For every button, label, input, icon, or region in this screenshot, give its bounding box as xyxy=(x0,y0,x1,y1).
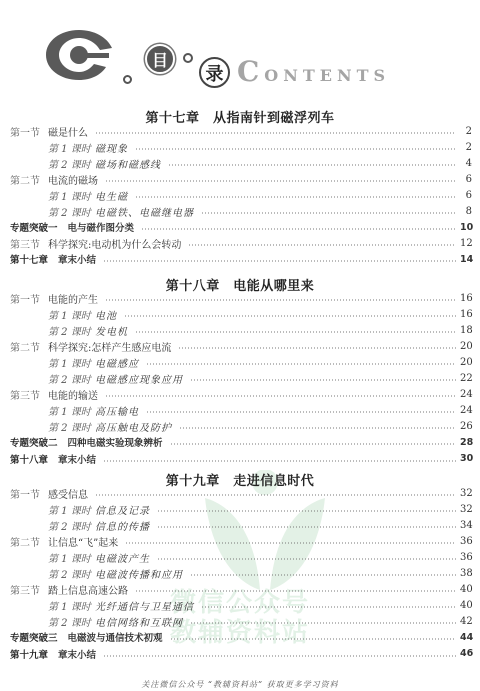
dot-leader xyxy=(188,244,456,246)
dot-leader xyxy=(135,148,456,150)
page-number: 44 xyxy=(460,632,472,643)
entry-label: 第 1 课时 xyxy=(48,140,95,155)
entry-label: 第 1 课时 xyxy=(48,550,95,565)
toc-entry-lesson[interactable]: 第 1 课时磁现象2 xyxy=(10,140,472,154)
entry-label: 第三节 xyxy=(10,387,48,402)
dot-leader xyxy=(157,510,456,512)
page-number: 16 xyxy=(460,309,472,320)
toc-entry-section[interactable]: 第二节科学探究:怎样产生感应电流20 xyxy=(10,339,472,353)
dot-leader xyxy=(170,443,456,445)
entry-label: 第十八章 xyxy=(10,452,48,466)
page-number: 40 xyxy=(460,600,472,611)
page-number: 32 xyxy=(460,504,472,515)
entry-title: 磁是什么 xyxy=(48,124,91,139)
page-number: 24 xyxy=(460,389,472,400)
entry-label: 第 2 课时 xyxy=(48,204,95,219)
dot-leader xyxy=(168,164,456,166)
entry-title: 四种电磁实验现象辨析 xyxy=(68,435,166,449)
dot-leader xyxy=(178,347,456,349)
contents-initial: C xyxy=(237,55,264,88)
entry-title: 电磁感应 xyxy=(95,355,142,370)
entry-label: 第三节 xyxy=(10,582,48,597)
toc-entry-lesson[interactable]: 第 2 课时电磁感应现象应用22 xyxy=(10,371,472,385)
toc-entry-section[interactable]: 第二节让信息“飞”起来36 xyxy=(10,534,472,548)
page-number: 36 xyxy=(460,552,472,563)
entry-title: 信息及记录 xyxy=(95,502,153,517)
page-number: 30 xyxy=(460,453,472,464)
toc-entry-lesson[interactable]: 第 2 课时高压触电及防护26 xyxy=(10,419,472,433)
contents-rest: ONTENTS xyxy=(264,66,390,85)
toc-entry-lesson[interactable]: 第 1 课时电磁感应20 xyxy=(10,355,472,369)
entry-title: 踏上信息高速公路 xyxy=(48,582,131,597)
decorative-ring-icon xyxy=(183,53,193,63)
entry-title: 科学探究:电动机为什么会转动 xyxy=(48,236,184,251)
entry-title: 让信息“飞”起来 xyxy=(48,534,121,549)
entry-title: 电能的产生 xyxy=(48,291,101,306)
toc-entry-special[interactable]: 第十九章章末小结46 xyxy=(10,647,472,661)
entry-label: 第二节 xyxy=(10,339,48,354)
entry-label: 第 2 课时 xyxy=(48,419,95,434)
toc-entry-lesson[interactable]: 第 1 课时电池16 xyxy=(10,307,472,321)
page-number: 28 xyxy=(460,437,472,448)
page-number: 40 xyxy=(460,584,472,595)
entry-title: 发电机 xyxy=(95,323,131,338)
toc-entry-section[interactable]: 第一节磁是什么2 xyxy=(10,124,472,138)
toc-entry-section[interactable]: 第三节电能的输送24 xyxy=(10,387,472,401)
page-number: 12 xyxy=(460,238,472,249)
entry-title: 章末小结 xyxy=(58,647,99,661)
toc-entry-special[interactable]: 专题突破一电与磁作图分类10 xyxy=(10,220,472,234)
toc-entry-special[interactable]: 专题突破二四种电磁实验现象辨析28 xyxy=(10,435,472,449)
toc-entry-lesson[interactable]: 第 1 课时信息及记录32 xyxy=(10,502,472,516)
toc-entry-lesson[interactable]: 第 2 课时电信网络和互联网42 xyxy=(10,614,472,628)
page-number: 8 xyxy=(460,206,472,217)
entry-title: 电信网络和互联网 xyxy=(95,614,186,629)
dot-leader xyxy=(179,427,456,429)
entry-title: 电生磁 xyxy=(95,188,131,203)
toc-entry-section[interactable]: 第三节科学探究:电动机为什么会转动12 xyxy=(10,236,472,250)
page-number: 42 xyxy=(460,616,472,627)
toc-entry-lesson[interactable]: 第 2 课时电磁铁、电磁继电器8 xyxy=(10,204,472,218)
entry-label: 第 1 课时 xyxy=(48,355,95,370)
entry-title: 电流的磁场 xyxy=(48,172,101,187)
toc-entry-lesson[interactable]: 第 2 课时发电机18 xyxy=(10,323,472,337)
entry-label: 第 2 课时 xyxy=(48,566,95,581)
entry-title: 光纤通信与卫星通信 xyxy=(95,598,197,613)
dot-leader xyxy=(190,379,456,381)
entry-title: 电能的输送 xyxy=(48,387,101,402)
page-number: 32 xyxy=(460,488,472,499)
entry-label: 第 1 课时 xyxy=(48,188,95,203)
page-number: 26 xyxy=(460,421,472,432)
dot-leader xyxy=(201,212,456,214)
entry-label: 专题突破一 xyxy=(10,220,58,234)
entry-title: 电池 xyxy=(95,307,120,322)
toc-entry-section[interactable]: 第二节电流的磁场6 xyxy=(10,172,472,186)
entry-label: 第 2 课时 xyxy=(48,518,95,533)
entry-label: 第 1 课时 xyxy=(48,307,95,322)
toc-entry-lesson[interactable]: 第 1 课时电磁波产生36 xyxy=(10,550,472,564)
entry-title: 科学探究:怎样产生感应电流 xyxy=(48,339,174,354)
dot-leader xyxy=(170,638,456,640)
toc-entry-lesson[interactable]: 第 1 课时光纤通信与卫星通信40 xyxy=(10,598,472,612)
entry-title: 电磁波与通信技术初观 xyxy=(68,630,166,644)
toc-entry-section[interactable]: 第一节电能的产生16 xyxy=(10,291,472,305)
logo-c-icon xyxy=(46,30,112,80)
entry-label: 第 2 课时 xyxy=(48,156,95,171)
entry-label: 专题突破三 xyxy=(10,630,58,644)
entry-label: 第 2 课时 xyxy=(48,323,95,338)
entry-label: 第一节 xyxy=(10,486,48,501)
dot-leader xyxy=(135,196,456,198)
dot-leader xyxy=(105,180,456,182)
entry-label: 第 2 课时 xyxy=(48,371,95,386)
page-number: 20 xyxy=(460,341,472,352)
entry-label: 第二节 xyxy=(10,172,48,187)
entry-title: 信息的传播 xyxy=(95,518,153,533)
dot-leader xyxy=(157,526,456,528)
page-number: 14 xyxy=(460,254,472,265)
page-number: 16 xyxy=(460,293,472,304)
toc-entry-special[interactable]: 专题突破三电磁波与通信技术初观44 xyxy=(10,630,472,644)
page-number: 18 xyxy=(460,325,472,336)
entry-title: 高压触电及防护 xyxy=(95,419,175,434)
entry-label: 第 1 课时 xyxy=(48,403,95,418)
dot-leader xyxy=(124,315,456,317)
entry-title: 感受信息 xyxy=(48,486,91,501)
toc-entry-section[interactable]: 第一节感受信息32 xyxy=(10,486,472,500)
page-number: 20 xyxy=(460,357,472,368)
dot-leader xyxy=(105,395,456,397)
entry-label: 第十九章 xyxy=(10,647,48,661)
entry-title: 电与磁作图分类 xyxy=(68,220,138,234)
entry-title: 电磁铁、电磁继电器 xyxy=(95,204,197,219)
dot-leader xyxy=(95,132,456,134)
dot-leader xyxy=(95,494,456,496)
entry-title: 电磁波传播和应用 xyxy=(95,566,186,581)
toc-entry-lesson[interactable]: 第 2 课时信息的传播34 xyxy=(10,518,472,532)
dot-leader xyxy=(146,363,456,365)
entry-label: 第 2 课时 xyxy=(48,614,95,629)
footer-note: 关注微信公众号 “教辅资料站” 获取更多学习资料 xyxy=(0,679,480,690)
page-number: 2 xyxy=(460,142,472,153)
dot-leader xyxy=(105,299,456,301)
entry-title: 章末小结 xyxy=(58,252,99,266)
entry-title: 磁场和磁感线 xyxy=(95,156,164,171)
page-number: 6 xyxy=(460,174,472,185)
page-number: 34 xyxy=(460,520,472,531)
dot-leader xyxy=(135,331,456,333)
page-number: 24 xyxy=(460,405,472,416)
dot-leader xyxy=(201,606,456,608)
entry-title: 电磁感应现象应用 xyxy=(95,371,186,386)
dot-leader xyxy=(103,460,456,462)
dot-leader xyxy=(103,655,456,657)
entry-label: 第 1 课时 xyxy=(48,502,95,517)
entry-label: 第 1 课时 xyxy=(48,598,95,613)
page-number: 4 xyxy=(460,158,472,169)
contents-wordmark: CONTENTS xyxy=(237,58,390,86)
toc-entry-lesson[interactable]: 第 2 课时电磁波传播和应用38 xyxy=(10,566,472,580)
page-number: 2 xyxy=(460,126,472,137)
dot-leader xyxy=(135,590,456,592)
page-number: 36 xyxy=(460,536,472,547)
badge-mu: 目 xyxy=(145,44,175,74)
dot-leader xyxy=(190,574,456,576)
dot-leader xyxy=(157,558,456,560)
entry-label: 专题突破二 xyxy=(10,435,58,449)
entry-label: 第一节 xyxy=(10,124,48,139)
toc-entry-special[interactable]: 第十八章章末小结30 xyxy=(10,452,472,466)
decorative-ring-icon xyxy=(123,75,132,84)
page-number: 10 xyxy=(460,222,472,233)
toc-entry-section[interactable]: 第三节踏上信息高速公路40 xyxy=(10,582,472,596)
page-number: 6 xyxy=(460,190,472,201)
badge-lu: 录 xyxy=(199,57,230,88)
entry-title: 章末小结 xyxy=(58,452,99,466)
dot-leader xyxy=(103,260,456,262)
toc-entry-lesson[interactable]: 第 1 课时电生磁6 xyxy=(10,188,472,202)
entry-title: 磁现象 xyxy=(95,140,131,155)
dot-leader xyxy=(141,228,456,230)
entry-label: 第三节 xyxy=(10,236,48,251)
entry-title: 高压输电 xyxy=(95,403,142,418)
entry-title: 电磁波产生 xyxy=(95,550,153,565)
page-number: 38 xyxy=(460,568,472,579)
dot-leader xyxy=(125,542,456,544)
page-number: 22 xyxy=(460,373,472,384)
toc-entry-special[interactable]: 第十七章章末小结14 xyxy=(10,252,472,266)
entry-label: 第十七章 xyxy=(10,252,48,266)
contents-header: 目 录 CONTENTS xyxy=(0,0,480,100)
dot-leader xyxy=(146,411,456,413)
toc-entry-lesson[interactable]: 第 1 课时高压输电24 xyxy=(10,403,472,417)
entry-label: 第二节 xyxy=(10,534,48,549)
dot-leader xyxy=(190,622,456,624)
page-number: 46 xyxy=(460,648,472,659)
entry-label: 第一节 xyxy=(10,291,48,306)
toc-entry-lesson[interactable]: 第 2 课时磁场和磁感线4 xyxy=(10,156,472,170)
